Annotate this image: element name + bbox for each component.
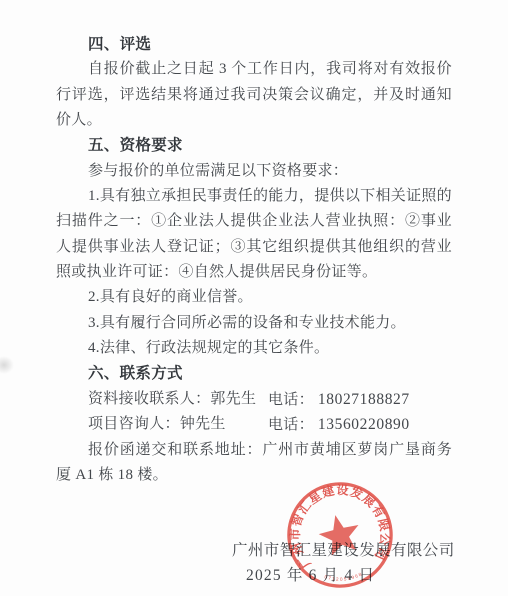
section-heading-evaluation: 四、评选 [56,32,452,57]
address-line: 厦 A1 栋 18 楼。 [56,463,452,488]
contact-phone: 电话：18027188827 [268,387,410,412]
signature-company: 广州市智汇星建设发展有限公司 [232,541,455,561]
qualification-item-1-line: 人提供事业法人登记证；③其它组织提供其他组织的营业执 [56,235,452,260]
evaluation-paragraph-line: 价人。 [56,108,452,133]
qualification-item-4: 4.法律、行政法规规定的其它条件。 [56,336,452,361]
qualification-item-1-line: 照或执业许可证：④自然人提供居民身份证等。 [56,260,452,285]
qualification-item-1-line: 1.具有独立承担民事责任的能力，提供以下相关证照的 [56,184,452,209]
contact-name: 钟先生 [180,416,226,432]
document-body: 四、评选 自报价截止之日起 3 个工作日内，我司将对有效报价进 行评选，评选结果… [56,32,452,488]
qualification-item-2: 2.具有良好的商业信誉。 [56,285,452,310]
qualifications-intro-line: 参与报价的单位需满足以下资格要求： [56,159,452,184]
evaluation-paragraph-line: 自报价截止之日起 3 个工作日内，我司将对有效报价进 [56,57,452,82]
scan-smudge [0,356,14,374]
qualification-item-1-line: 扫描件之一：①企业法人提供企业法人营业执照：②事业法 [56,209,452,234]
address-line: 报价函递交和联系地址：广州市黄埔区萝岗广垦商务大 [56,438,452,463]
contact-label: 资料接收联系人： [88,391,210,407]
phone-number: 13560220890 [314,416,410,433]
evaluation-paragraph-line: 行评选，评选结果将通过我司决策会议确定，并及时通知报 [56,83,452,108]
phone-label: 电话： [268,392,314,408]
contact-row-project: 项目咨询人：钟先生 电话：13560220890 [56,412,452,437]
signature-date: 2025 年 6 月 4 日 [246,566,375,586]
scanned-document-page: 四、评选 自报价截止之日起 3 个工作日内，我司将对有效报价进 行评选，评选结果… [0,0,508,596]
phone-number: 18027188827 [314,391,410,408]
contact-name: 郭先生 [210,391,256,407]
section-heading-qualifications: 五、资格要求 [56,133,452,158]
section-heading-contact: 六、联系方式 [56,361,452,386]
contact-phone: 电话：13560220890 [268,412,410,437]
qualification-item-3: 3.具有履行合同所必需的设备和专业技术能力。 [56,311,452,336]
contact-label: 项目咨询人： [88,416,180,432]
phone-label: 电话： [268,417,314,433]
contact-row-materials: 资料接收联系人：郭先生 电话：18027188827 [56,387,452,412]
